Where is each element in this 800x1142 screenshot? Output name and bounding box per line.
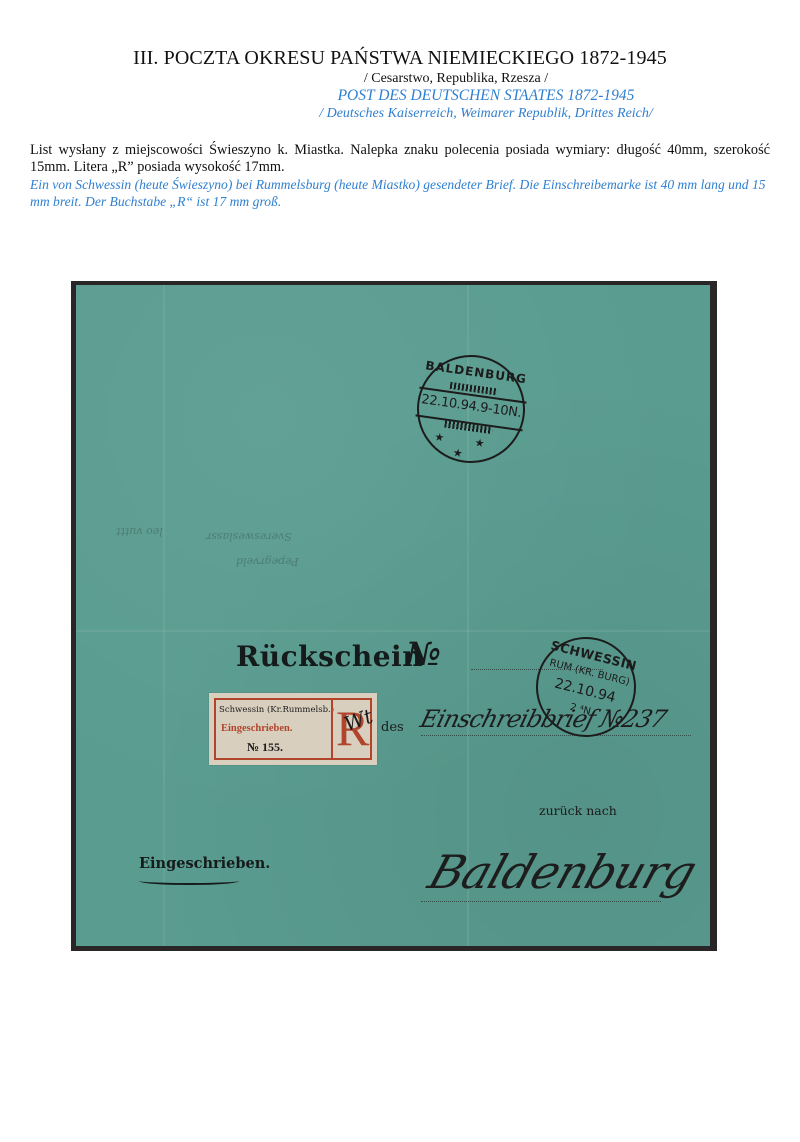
flourish-underline bbox=[139, 877, 239, 885]
description-polish: List wysłany z miejscowości Świeszyno k.… bbox=[30, 142, 770, 176]
registered-print: Eingeschrieben. bbox=[139, 855, 270, 872]
registration-label: Schwessin (Kr.Rummelsb.) Eingeschrieben.… bbox=[209, 693, 377, 765]
description-german: Ein von Schwessin (heute Świeszyno) bei … bbox=[30, 176, 770, 210]
page-subtitle-german: / Deutsches Kaiserreich, Weimarer Republ… bbox=[86, 106, 800, 122]
pencil-note: leo vuttt bbox=[116, 525, 163, 538]
zuruck-nach-label: zurück nach bbox=[539, 803, 617, 818]
cover-envelope: Sveresweslassr Pepegrveld leo vuttt BALD… bbox=[71, 281, 717, 951]
label-type: Eingeschrieben. bbox=[221, 723, 292, 734]
label-frame: Schwessin (Kr.Rummelsb.) Eingeschrieben.… bbox=[214, 698, 372, 760]
fold-line bbox=[163, 285, 165, 946]
star-icon: ★ ★ ★ bbox=[412, 428, 519, 468]
form-heading: Rückschein bbox=[236, 640, 423, 673]
des-label: des bbox=[381, 720, 404, 735]
handwritten-destination: Baldenburg bbox=[422, 845, 702, 899]
numero-sign: № bbox=[406, 635, 441, 673]
label-number: № 155. bbox=[247, 740, 283, 755]
dotted-line bbox=[421, 735, 691, 736]
label-text-area: Schwessin (Kr.Rummelsb.) Eingeschrieben.… bbox=[219, 703, 327, 761]
page-subtitle: / Cesarstwo, Republika, Rzesza / bbox=[56, 71, 800, 87]
fold-line bbox=[76, 630, 710, 632]
page-title-german: POST DES DEUTSCHEN STAATES 1872-1945 bbox=[86, 87, 800, 105]
page-title: III. POCZTA OKRESU PAŃSTWA NIEMIECKIEGO … bbox=[0, 47, 800, 70]
dotted-line bbox=[421, 901, 661, 902]
pencil-note: Pepegrveld bbox=[236, 555, 299, 568]
label-town: Schwessin (Kr.Rummelsb.) bbox=[219, 705, 329, 715]
label-divider bbox=[331, 700, 333, 758]
postmark-town: BALDENBURG bbox=[424, 358, 529, 386]
pencil-note: Sveresweslassr bbox=[206, 530, 292, 543]
handwritten-item: Einschreibbrief №237 bbox=[417, 705, 669, 733]
postmark-baldenburg: BALDENBURG 22.10.94.9-10N. ★ ★ ★ bbox=[410, 348, 532, 470]
